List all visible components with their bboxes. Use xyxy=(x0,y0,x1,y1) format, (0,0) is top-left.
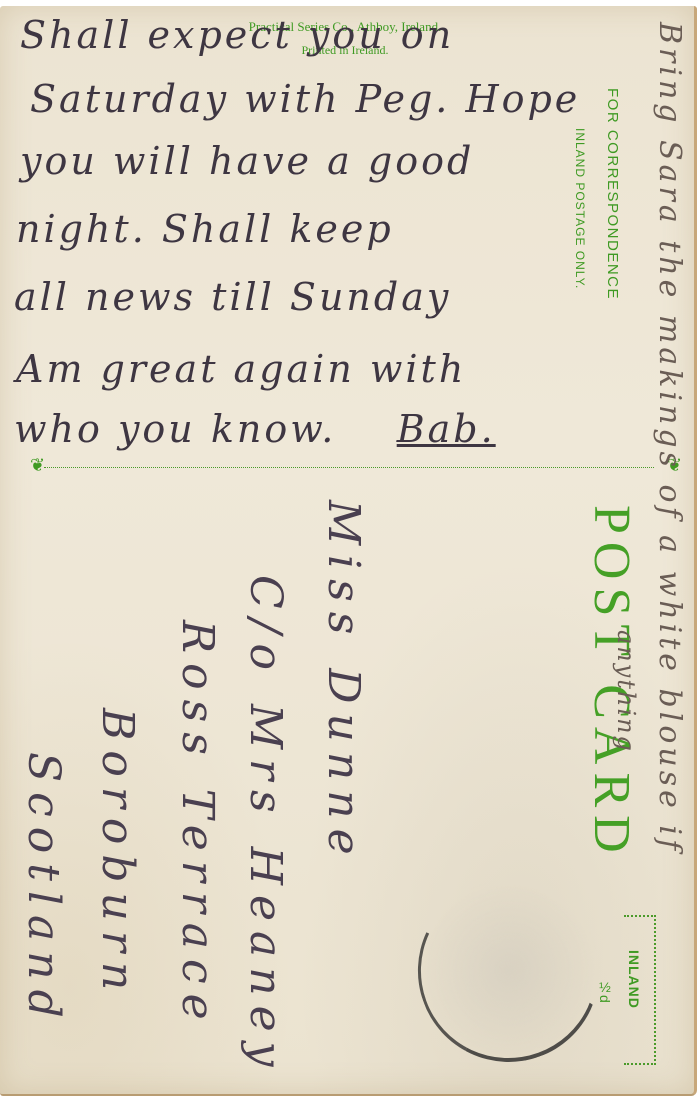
message-line: Saturday with Peg. Hope xyxy=(30,80,580,118)
message-line: Shall expect you on xyxy=(20,16,454,54)
postage-note: INLAND POSTAGE ONLY. xyxy=(573,128,587,289)
correspondence-label: FOR CORRESPONDENCE xyxy=(604,88,621,300)
divider-line xyxy=(44,467,654,468)
message-line: all news till Sunday xyxy=(14,278,451,316)
message-line: who you know. Bab. xyxy=(14,410,496,448)
address-line: Ross Terrace xyxy=(172,620,223,1030)
stamp-label: INLAND xyxy=(626,950,642,1009)
margin-note: Bring Sara the makings of a white blouse… xyxy=(652,22,687,854)
margin-note-continued: anything xyxy=(612,630,640,753)
message-line: Am great again with xyxy=(16,350,466,388)
stamp-value: ½d xyxy=(597,979,613,1003)
message-line: night. Shall keep xyxy=(16,210,394,248)
address-line: Boroburn xyxy=(92,708,143,1000)
ornament-icon: ❦ xyxy=(30,457,45,475)
message-line: you will have a good xyxy=(20,142,474,180)
address-line: C/o Mrs Heaney xyxy=(240,575,291,1077)
address-line: Scotland xyxy=(18,752,69,1028)
message-last-line: who you know. xyxy=(14,407,336,451)
address-line: Miss Dunne xyxy=(318,500,369,865)
signature: Bab. xyxy=(397,407,496,451)
